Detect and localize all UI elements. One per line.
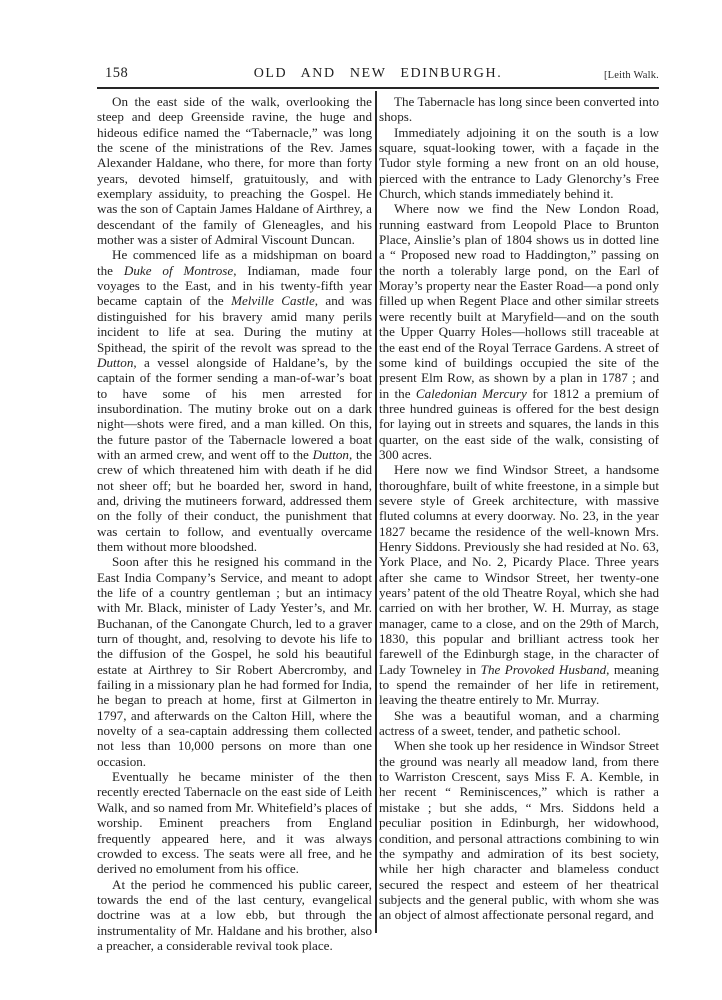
book-page: 158 OLD AND NEW EDINBURGH. [Leith Walk. … <box>0 0 722 1000</box>
left-column: On the east side of the walk, overlookin… <box>97 94 372 953</box>
paragraph: He commenced life as a midshipman on boa… <box>97 247 372 554</box>
right-column: The Tabernacle has long since been conve… <box>379 94 659 953</box>
running-title: OLD AND NEW EDINBURGH. <box>254 66 503 82</box>
margin-note: [Leith Walk. <box>604 70 659 81</box>
paragraph: At the period he commenced his public ca… <box>97 877 372 954</box>
page-header: 158 OLD AND NEW EDINBURGH. [Leith Walk. <box>97 62 659 82</box>
paragraph: On the east side of the walk, overlookin… <box>97 94 372 247</box>
paragraph: When she took up her residence in Windso… <box>379 738 659 922</box>
page-number: 158 <box>105 65 128 82</box>
paragraph: Here now we find Windsor Street, a hands… <box>379 462 659 708</box>
paragraph: Eventually he became minister of the the… <box>97 769 372 876</box>
paragraph: Soon after this he resigned his command … <box>97 554 372 769</box>
text-block: On the east side of the walk, overlookin… <box>97 94 659 953</box>
paragraph: Where now we find the New London Road, r… <box>379 201 659 462</box>
column-divider <box>375 91 377 933</box>
paragraph: The Tabernacle has long since been conve… <box>379 94 659 125</box>
header-rule <box>97 87 659 89</box>
paragraph: She was a beautiful woman, and a charmin… <box>379 708 659 739</box>
paragraph: Immediately adjoining it on the south is… <box>379 125 659 202</box>
